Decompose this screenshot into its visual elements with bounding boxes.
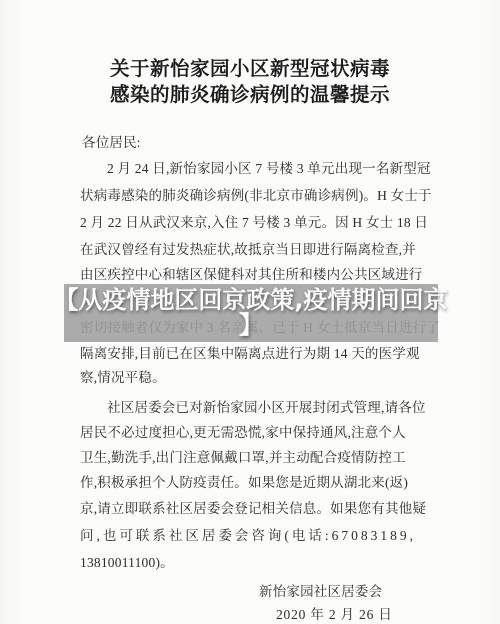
caption-overlay-banner: 【从疫情地区回京政策,疫情期间回京 】 [64,284,438,342]
notice-title-line-1: 关于新怡家园小区新型冠状病毒 [0,57,500,83]
notice-body-line: 13810011100)。 [80,554,440,571]
notice-body-line: 在武汉曾经有过发热症状,故抵京当日即进行隔离检查,并 [80,241,440,258]
notice-body-line: 察,情况平稳。 [80,369,440,386]
caption-text-line-2: 】 [239,312,263,339]
notice-body-line: 京,请立即联系社区居委会登记相关信息。如果您有其他疑 [80,500,440,517]
notice-greeting: 各位居民: [82,134,442,151]
notice-signature: 新怡家园社区居委会 [259,583,459,600]
notice-body-line: 状病毒感染的肺炎确诊病例(非北京市确诊病例)。H 女士于 [80,187,440,204]
notice-date: 2020 年 2 月 26 日 [276,606,476,623]
notice-body-line: 2 月 24 日,新怡家园小区 7 号楼 3 单元出现一名新型冠 [107,160,467,177]
notice-title-line-2: 感染的肺炎确诊病例的温馨提示 [0,83,500,109]
notice-body-line: 2 月 22 日从武汉来京,入住 7 号楼 3 单元。因 H 女士 18 日 [80,214,440,231]
notice-body-line: 问,也可联系社区居委会咨询(电话:67083189, [80,527,440,544]
notice-body-line: 卫生,勤洗手,出门注意佩戴口罩,并主动配合疫情防控工 [80,449,440,466]
caption-text-line-1: 【从疫情地区回京政策,疫情期间回京 [54,287,447,314]
notice-body-line: 社区居委会已对新怡家园小区开展封闭式管理,请各位 [107,399,467,416]
scanned-notice-document: 关于新怡家园小区新型冠状病毒 感染的肺炎确诊病例的温馨提示 各位居民: 2 月 … [0,0,500,624]
notice-body-line: 居民不必过度担心,更无需恐慌,家中保持通风,注意个人 [80,424,440,441]
notice-body-line: 作,积极承担个人防疫责任。如果您是近期从湖北来(返) [80,474,440,491]
notice-body-line: 隔离安排,目前已在区集中隔离点进行为期 14 天的医学观 [80,345,440,362]
notice-body-line: 由区疾控中心和辖区保健科对其住所和楼内公共区域进行 [80,266,440,283]
notice-title: 关于新怡家园小区新型冠状病毒 感染的肺炎确诊病例的温馨提示 [0,57,500,109]
